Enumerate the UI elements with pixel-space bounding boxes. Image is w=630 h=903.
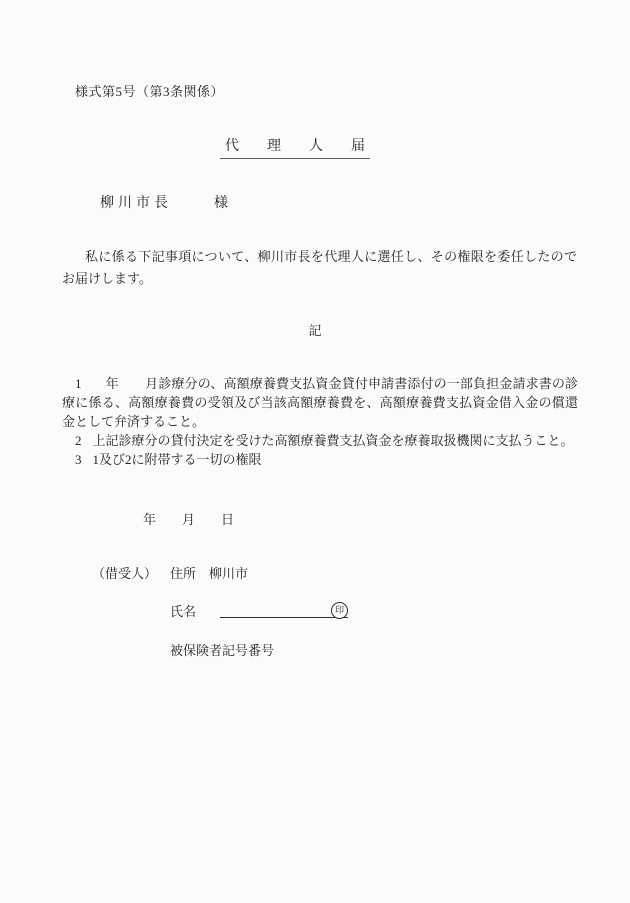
list-item: 1 年 月診療分の、高額療養費支払資金貸付申請書添付の一部負担金請求書の診療に係…	[62, 374, 578, 431]
seal-stamp-icon: 印	[331, 602, 348, 619]
address-label: 住所	[170, 566, 196, 581]
addressee-honorific: 様	[214, 196, 228, 211]
name-label: 氏名	[170, 601, 196, 620]
document-page: 様式第5号（第3条関係） 代 理 人 届 柳川市長様 私に係る下記事項について、…	[0, 0, 630, 903]
body-paragraph: 私に係る下記事項について、柳川市長を代理人に選任し、その権限を委任したのでお届け…	[62, 246, 577, 290]
item-text: 上記診療分の貸付決定を受けた高額療養費支払資金を療養取扱機関に支払うこと。	[93, 433, 574, 448]
item-number: 2	[75, 433, 82, 448]
addressee-line: 柳川市長様	[100, 192, 228, 212]
signer-role-label: （借受人）	[92, 563, 157, 582]
list-item: 2上記診療分の貸付決定を受けた高額療養費支払資金を療養取扱機関に支払うこと。	[62, 431, 578, 450]
address-value: 柳川市	[209, 566, 248, 581]
date-blank-line: 年 月 日	[143, 509, 234, 528]
enumerated-items: 1 年 月診療分の、高額療養費支払資金貸付申請書添付の一部負担金請求書の診療に係…	[62, 374, 578, 469]
item-text: 1及び2に附帯する一切の権限	[93, 452, 262, 467]
item-text: 年 月診療分の、高額療養費支払資金貸付申請書添付の一部負担金請求書の診療に係る、…	[62, 376, 578, 429]
section-marker: 記	[0, 320, 630, 339]
insured-number-label: 被保険者記号番号	[170, 640, 274, 659]
item-number: 1	[75, 376, 82, 391]
name-signature-line: 印	[220, 602, 348, 618]
item-number: 3	[75, 452, 82, 467]
form-number: 様式第5号（第3条関係）	[75, 81, 224, 100]
address-line: 住所柳川市	[170, 563, 248, 582]
document-title: 代 理 人 届	[220, 135, 370, 159]
list-item: 31及び2に附帯する一切の権限	[62, 450, 578, 469]
addressee-name: 柳川市長	[100, 196, 172, 211]
